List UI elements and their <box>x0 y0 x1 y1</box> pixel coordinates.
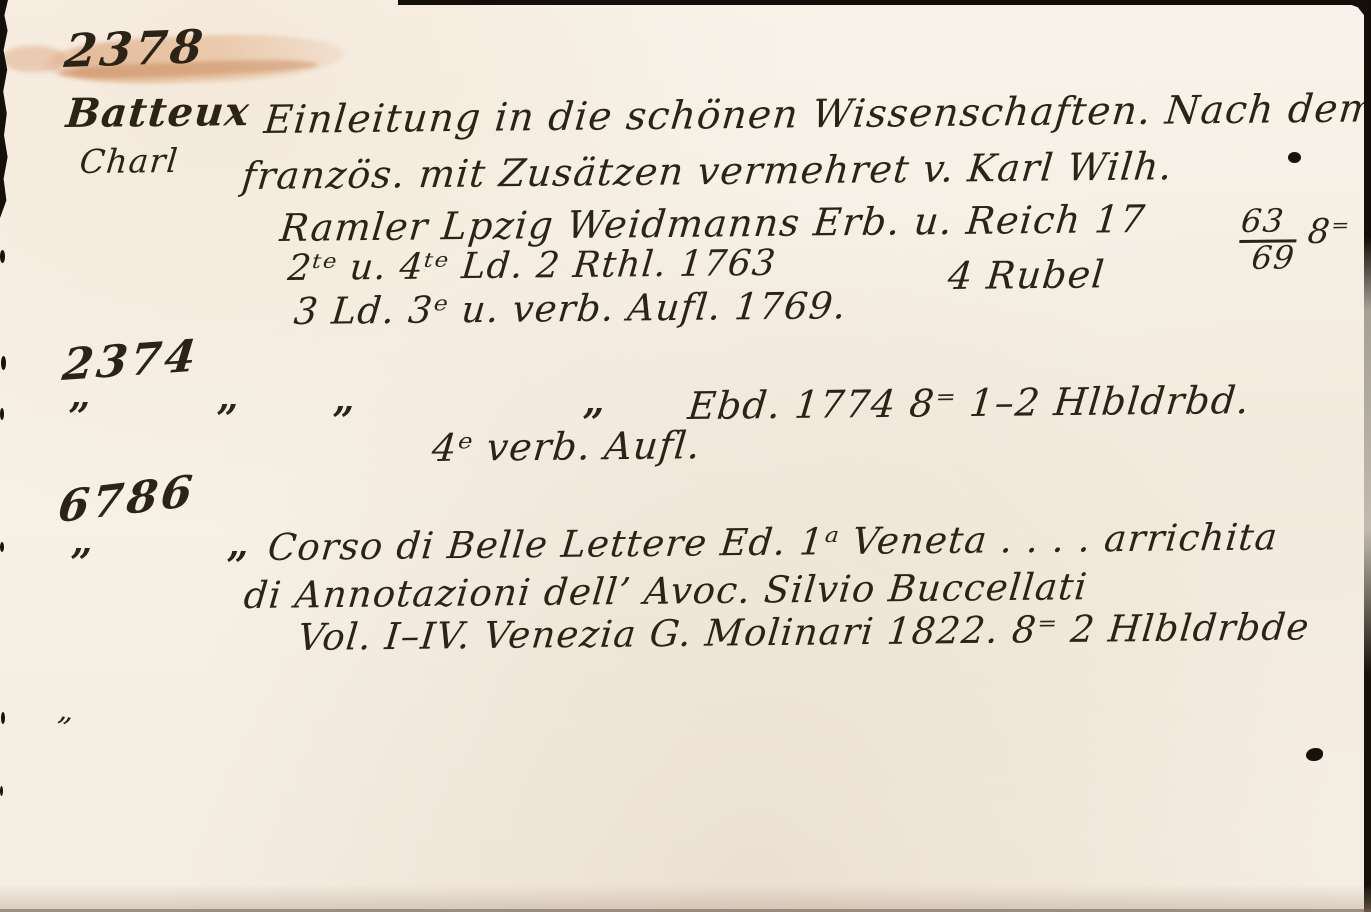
left-edge-dot <box>1 356 6 370</box>
top-edge-artifact <box>398 0 1371 5</box>
left-edge-dot <box>0 786 3 796</box>
author-surname: Batteux <box>64 88 252 137</box>
ditto-mark: ” <box>332 398 354 443</box>
ink-spot <box>1306 748 1323 761</box>
shelf-number: 2378 <box>62 19 208 78</box>
highlight-smear-edge <box>2 46 66 72</box>
author-forename: Charl <box>78 141 180 181</box>
edition-note-1: 2ᵗᵉ u. 4ᵗᵉ Ld. 2 Rthl. 1763 <box>286 243 778 289</box>
left-edge-dot <box>0 542 4 552</box>
title-line-1: Einleitung in die schönen Wissenschaften… <box>262 86 1371 143</box>
edition-line: Ebd. 1774 8⁼ 1–2 Hlbldrbd. <box>686 378 1252 428</box>
left-edge-dot <box>1 712 5 724</box>
ditto-mark: ” <box>70 540 92 585</box>
catalog-card-scan: 2378 Batteux Charl Einleitung in die sch… <box>0 0 1371 912</box>
format-mark: 8⁼ <box>1306 212 1352 252</box>
left-edge-dot <box>0 408 4 420</box>
ink-spot <box>1288 152 1301 163</box>
year-range-fraction: 63 69 <box>1236 201 1300 277</box>
year-top: 63 <box>1239 201 1300 243</box>
year-bottom: 69 <box>1250 238 1297 276</box>
stray-ink-mark: „ <box>56 692 77 729</box>
price-note: 4 Rubel <box>946 252 1107 298</box>
left-edge-dot <box>0 250 5 263</box>
imprint-line: Ramler Lpzig Weidmanns Erb. u. Reich 17 <box>278 197 1148 250</box>
title-line-2: französ. mit Zusätzen vermehret v. Karl … <box>240 144 1175 198</box>
ditto-mark: ” <box>68 394 90 439</box>
ditto-mark: ” <box>216 396 238 441</box>
bottom-edge-shadow <box>0 884 1371 912</box>
italian-imprint-line: Vol. I–IV. Venezia G. Molinari 1822. 8⁼ … <box>296 605 1312 659</box>
shelf-number: 6786 <box>56 466 197 533</box>
shelf-number: 2374 <box>60 331 201 391</box>
right-edge-artifact <box>1364 0 1371 912</box>
edition-line-2: 4ᵉ verb. Aufl. <box>430 423 703 470</box>
edition-note-2: 3 Ld. 3ᵉ u. verb. Aufl. 1769. <box>292 284 849 333</box>
left-edge-artifact <box>0 0 8 218</box>
italian-title-line-1: Corso di Belle Lettere Ed. 1ᵃ Veneta . .… <box>266 515 1280 569</box>
